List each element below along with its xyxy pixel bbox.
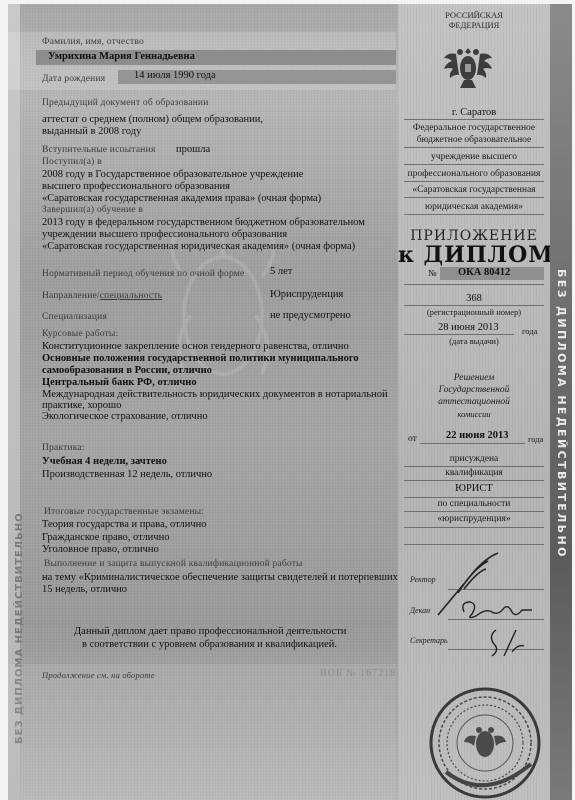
exam-line: Уголовное право, отлично	[42, 544, 159, 555]
rule	[404, 214, 544, 215]
coursework-line: Экологическое страхование, отлично	[42, 411, 208, 422]
issue-date: 28 июня 2013	[438, 322, 499, 333]
issue-year-suffix: года	[522, 326, 537, 336]
continued-note: Продолжение см. на обороте	[42, 670, 155, 680]
direction-value: Юриспруденция	[270, 289, 343, 300]
coursework-label: Курсовые работы:	[42, 329, 118, 339]
finished-line: 2013 году в федеральном государственном …	[42, 217, 365, 228]
rule	[404, 164, 544, 165]
double-headed-eagle-icon	[438, 40, 498, 92]
institution-line: юридическая академия»	[398, 202, 550, 212]
city: г. Саратов	[398, 107, 550, 118]
rule	[420, 443, 525, 444]
coursework-line: Конституционное закрепление основ гендер…	[42, 341, 349, 352]
right-validity-strip-text: БЕЗ ДИПЛОМА НЕДЕЙСТВИТЕЛЬНО	[554, 269, 568, 599]
decision-line: Решением	[398, 373, 550, 383]
prev-doc-line: выданный в 2008 году	[42, 126, 141, 137]
institution-line: «Саратовская государственная	[398, 185, 550, 195]
coursework-line: Центральный банк РФ, отлично	[42, 377, 197, 388]
number-prefix: №	[428, 268, 437, 278]
qualification-label: квалификация	[398, 468, 550, 478]
rule	[404, 511, 544, 512]
practice-label: Практика:	[42, 443, 85, 453]
dob-label: Дата рождения	[42, 74, 105, 84]
direction-label-underlined: специальность	[100, 291, 162, 301]
dob-value: 14 июля 1990 года	[134, 70, 216, 81]
finished-label: Завершил(а) обучение в	[42, 205, 143, 215]
specialization-label: Специализация	[42, 312, 107, 322]
reg-number: 368	[398, 293, 550, 304]
rule	[404, 497, 544, 498]
footer-band	[8, 664, 396, 800]
direction-label-prefix: Направление/	[42, 291, 100, 301]
left-column: Фамилия, имя, отчество Умрихина Мария Ге…	[8, 4, 396, 800]
entrance-label: Вступительные испытания	[42, 145, 155, 155]
coursework-line: Международная действительность юридическ…	[42, 389, 388, 400]
coursework-line: самообразования в России, отлично	[42, 365, 212, 376]
decision-date: 22 июня 2013	[446, 430, 509, 441]
official-seal-icon	[426, 684, 544, 800]
finished-line: учреждении высшего профессионального обр…	[42, 229, 287, 240]
right-column: РОССИЙСКАЯ ФЕДЕРАЦИЯ г. Саратов Федераль…	[398, 4, 550, 800]
rule	[404, 334, 514, 335]
blank-serial-number: ВОБ № 167218	[320, 668, 396, 679]
thesis-line: на тему «Криминалистическое обеспечение …	[42, 572, 406, 583]
enrolled-line: высшего профессионального образования	[42, 181, 230, 192]
rule	[404, 119, 544, 120]
decision-line: Государственной	[398, 385, 550, 395]
enrolled-label: Поступил(а) в	[42, 157, 102, 167]
rule	[404, 527, 544, 528]
fio-value: Умрихина Мария Геннадьевна	[48, 51, 195, 62]
rule	[404, 197, 544, 198]
dean-signature-icon	[456, 596, 536, 624]
fio-label: Фамилия, имя, отчество	[42, 37, 144, 47]
entrance-value: прошла	[176, 144, 210, 155]
prev-doc-line: аттестат о среднем (полном) общем образо…	[42, 114, 263, 125]
country-line: РОССИЙСКАЯ	[398, 10, 550, 20]
issue-date-caption: (дата выдачи)	[398, 336, 550, 346]
prev-doc-label: Предыдущий документ об образовании	[42, 98, 208, 108]
exam-line: Теория государства и права, отлично	[42, 519, 206, 530]
rule	[404, 305, 544, 306]
period-value: 5 лет	[270, 266, 292, 277]
direction-label: Направление/специальность	[42, 291, 162, 301]
coursework-line: практике, хорошо	[42, 400, 121, 411]
decision-line: комиссии	[398, 409, 550, 419]
awarded-label: присуждена	[398, 454, 550, 464]
enrolled-line: 2008 году в Государственное образователь…	[42, 169, 303, 180]
institution-line: Федеральное государственное	[398, 123, 550, 133]
rule	[404, 466, 544, 467]
decision-line: аттестационной	[398, 397, 550, 407]
rule	[404, 284, 544, 285]
rights-line: в соответствии с уровнем образования и к…	[82, 639, 337, 650]
thesis-label: Выполнение и защита выпускной квалификац…	[44, 559, 303, 569]
exams-label: Итоговые государственные экзамены:	[44, 507, 204, 517]
specialization-value: не предусмотрено	[270, 310, 351, 321]
qualification-value: ЮРИСТ	[398, 483, 550, 494]
finished-line: «Саратовская государственная юридическая…	[42, 241, 355, 252]
title-to-diploma: к ДИПЛОМУ	[398, 242, 550, 268]
institution-line: учреждение высшего	[398, 152, 550, 162]
rule	[404, 480, 544, 481]
rule	[404, 544, 544, 545]
thesis-line: 15 недель, отлично	[42, 584, 127, 595]
country-heading: РОССИЙСКАЯ ФЕДЕРАЦИЯ	[398, 10, 550, 30]
specialty-label: по специальности	[398, 499, 550, 509]
rule	[404, 181, 544, 182]
period-label: Нормативный период обучения по очной фор…	[42, 269, 244, 279]
institution-line: профессионального образования	[398, 169, 550, 179]
practice-line: Производственная 12 недель, отлично	[42, 469, 212, 480]
diploma-number: ОКА 80412	[458, 267, 510, 278]
coursework-line: Основные положения государственной полит…	[42, 353, 359, 364]
secretary-signature-icon	[486, 626, 531, 662]
practice-line: Учебная 4 недели, зачтено	[42, 456, 167, 467]
rights-line: Данный диплом дает право профессионально…	[74, 626, 346, 637]
specialty-value: «юриспруденция»	[398, 514, 550, 524]
enrolled-line: «Саратовская государственная академия пр…	[42, 193, 321, 204]
institution-line: бюджетное образовательное	[398, 135, 550, 145]
diploma-supplement-page: БЕЗ ДИПЛОМА НЕДЕЙСТВИТЕЛЬНО Фамилия, имя…	[8, 4, 572, 800]
country-line: ФЕДЕРАЦИЯ	[398, 20, 550, 30]
reg-number-caption: (регистрационный номер)	[398, 307, 550, 317]
rule	[404, 147, 544, 148]
decision-year-suffix: года	[528, 434, 543, 444]
exam-line: Гражданское право, отлично	[42, 532, 169, 543]
decision-date-prefix: от	[408, 434, 417, 444]
secretary-label: Секретарь	[410, 636, 448, 645]
